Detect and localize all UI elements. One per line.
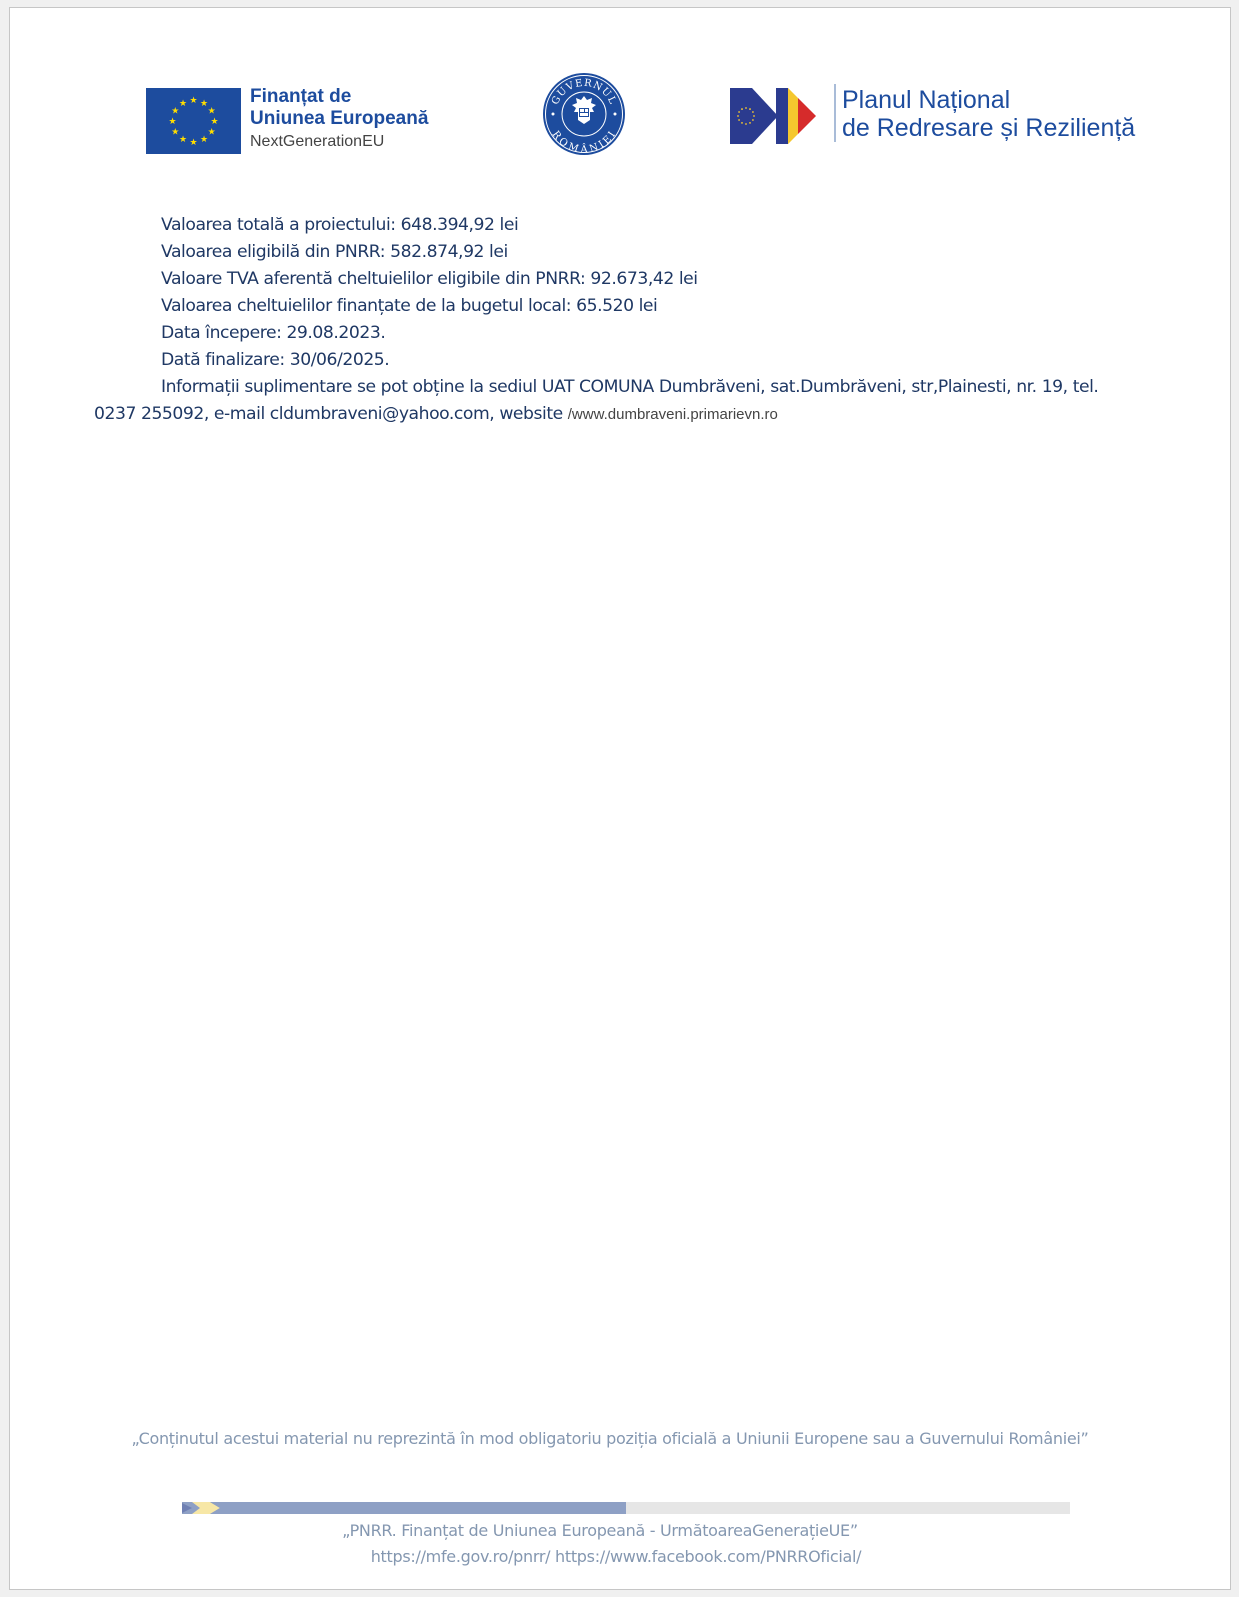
website-link[interactable]: /www.dumbraveni.primarievn.ro: [568, 406, 778, 423]
eligible-value-line: Valoarea eligibilă din PNRR: 582.874,92 …: [94, 239, 1204, 266]
government-seal-icon: GUVERNUL ROMÂNIEI: [542, 72, 626, 156]
eu-funding-logo: ★★★★★★★★★★★★ Finanțat de Uniunea Europea…: [146, 80, 446, 150]
svg-text:★: ★: [179, 134, 187, 144]
contact-line: 0237 255092, e-mail cldumbraveni@yahoo.c…: [94, 401, 1204, 428]
contact-text: 0237 255092, e-mail cldumbraveni@yahoo.c…: [94, 404, 568, 424]
footer-links[interactable]: https://mfe.gov.ro/pnrr/ https://www.fac…: [10, 1547, 1230, 1566]
pnrr-logo: Planul Național de Redresare și Rezilien…: [730, 84, 1150, 148]
svg-text:★: ★: [208, 127, 216, 137]
svg-text:★: ★: [168, 116, 176, 126]
svg-text:★: ★: [189, 137, 197, 147]
svg-text:★: ★: [189, 95, 197, 105]
pnrr-divider: [834, 84, 836, 142]
svg-text:★: ★: [210, 116, 218, 126]
info-line: Informații suplimentare se pot obține la…: [94, 374, 1204, 401]
eu-logo-line2: Uniunea Europeană: [250, 108, 428, 130]
footer-arrows-icon: [182, 1502, 242, 1514]
pnrr-logo-line2: de Redresare și Reziliență: [842, 114, 1135, 142]
svg-text:★: ★: [179, 98, 187, 108]
footer-decorative-bar: [182, 1502, 1070, 1514]
eu-logo-line3: NextGenerationEU: [250, 131, 428, 153]
vat-value-line: Valoare TVA aferentă cheltuielilor eligi…: [94, 266, 1204, 293]
document-page: ★★★★★★★★★★★★ Finanțat de Uniunea Europea…: [9, 7, 1231, 1590]
svg-text:★: ★: [200, 134, 208, 144]
project-details: Valoarea totală a proiectului: 648.394,9…: [94, 212, 1204, 428]
svg-text:★: ★: [208, 106, 216, 116]
local-budget-line: Valoarea cheltuielilor finanțate de la b…: [94, 293, 1204, 320]
pnrr-logo-line1: Planul Național: [842, 86, 1135, 114]
eu-logo-line1: Finanțat de: [250, 86, 428, 108]
svg-text:★: ★: [171, 127, 179, 137]
footer-slogan: „PNRR. Finanțat de Uniunea Europeană - U…: [10, 1521, 1230, 1540]
pnrr-arrows-icon: [730, 88, 826, 144]
disclaimer-text: „Conținutul acestui material nu reprezin…: [10, 1429, 1230, 1448]
eu-flag-icon: ★★★★★★★★★★★★: [146, 88, 241, 154]
total-value-line: Valoarea totală a proiectului: 648.394,9…: [94, 212, 1204, 239]
end-date-line: Dată finalizare: 30/06/2025.: [94, 347, 1204, 374]
start-date-line: Data începere: 29.08.2023.: [94, 320, 1204, 347]
